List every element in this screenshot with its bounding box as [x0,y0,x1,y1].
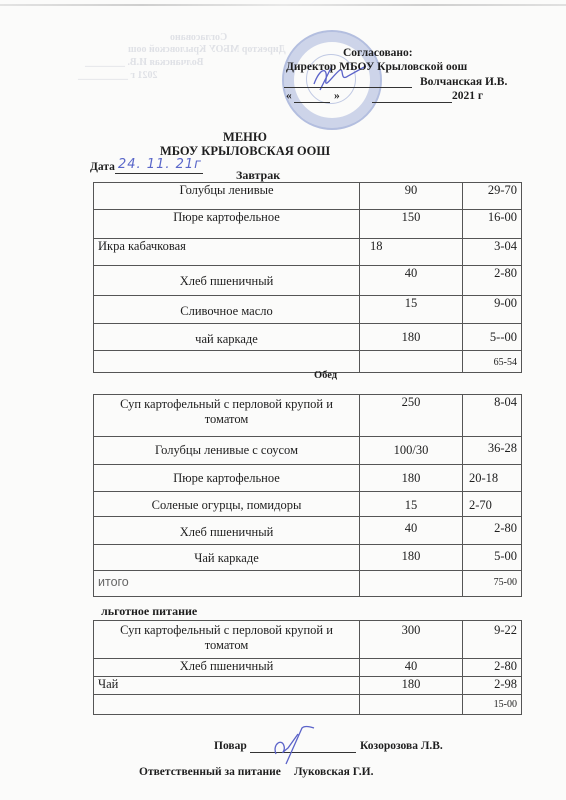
subsidized-label: льготное питание [101,604,197,619]
dish-qty: 15 [360,492,463,517]
date-label: Дата [90,161,115,173]
menu-title: МЕНЮ [190,130,300,145]
table-row: Пюре картофельное 150 16-00 [94,210,522,239]
dish-name: Пюре картофельное [94,465,360,492]
signature-line [284,87,412,88]
dish-qty: 250 [360,395,463,437]
dish-name: Соленые огурцы, помидоры [94,492,360,517]
dish-qty [360,695,463,715]
table-row: чай каркаде 180 5--00 [94,324,522,351]
dish-price: 9-22 [463,621,522,659]
table-row: Чай 180 2-98 [94,677,522,695]
table-row: Сливочное масло 15 9-00 [94,296,522,324]
dish-qty: 300 [360,621,463,659]
dish-name: чай каркаде [94,324,360,351]
bleed-through-text: Согласовано [170,32,227,43]
breakfast-label: Завтрак [236,168,280,183]
dish-price: 2-80 [463,517,522,545]
cook-signature [268,724,318,768]
date-line [115,173,203,174]
date-close-quote: » [334,90,340,102]
dish-name: Икра кабачковая [94,239,360,266]
dish-name: Суп картофельный с перловой крупой и том… [94,621,360,659]
dish-name: Голубцы ленивые [94,183,360,210]
table-row: Пюре картофельное 180 20-18 [94,465,522,492]
bleed-through-text: Волчанская И.В. ________ [85,57,203,68]
dish-qty: 100/30 [360,437,463,465]
table-row: Икра кабачковая 18 3-04 [94,239,522,266]
dish-price: 2-70 [463,492,522,517]
table-row-total: 65-54 [94,351,522,373]
dish-qty: 180 [360,324,463,351]
dish-price: 2-98 [463,677,522,695]
dish-price: 16-00 [463,210,522,239]
approval-heading: Согласовано: [343,47,413,59]
table-row: Чай каркаде 180 5-00 [94,545,522,571]
total-price: 65-54 [463,351,522,373]
dish-price: 20-18 [463,465,522,492]
dish-qty: 180 [360,545,463,571]
table-row: Хлеб пшеничный 40 2-80 [94,517,522,545]
dish-name: Чай [94,677,360,695]
dish-qty: 15 [360,296,463,324]
total-label: итого [94,571,360,597]
dish-qty [360,571,463,597]
responsible-label: Ответственный за питание [139,766,281,778]
date-open-quote: « [286,90,292,102]
dish-name: Хлеб пшеничный [94,266,360,296]
dish-price: 2-80 [463,659,522,677]
dish-name [94,695,360,715]
dish-qty: 180 [360,465,463,492]
lunch-table: Суп картофельный с перловой крупой и том… [93,394,522,597]
approval-position: Директор МБОУ Крыловской оош [286,61,467,73]
total-price: 15-00 [463,695,522,715]
dish-qty: 90 [360,183,463,210]
dish-name: Сливочное масло [94,296,360,324]
dish-name: Пюре картофельное [94,210,360,239]
dish-qty: 18 [360,239,463,266]
dish-qty: 40 [360,659,463,677]
dish-name: Хлеб пшеничный [94,659,360,677]
subsidized-table: Суп картофельный с перловой крупой и том… [93,620,522,715]
dish-name: Чай каркаде [94,545,360,571]
table-row-total: итого 75-00 [94,571,522,597]
dish-qty: 150 [360,210,463,239]
dish-price: 5--00 [463,324,522,351]
dish-qty [360,351,463,373]
month-line [372,102,452,103]
day-line [294,102,330,103]
page-edge [0,4,566,6]
dish-name: Голубцы ленивые с соусом [94,437,360,465]
lunch-label: Обед [314,370,337,381]
dish-qty: 40 [360,266,463,296]
responsible-name: Луковская Г.И. [294,766,373,778]
dish-price: 5-00 [463,545,522,571]
dish-qty: 180 [360,677,463,695]
cook-label: Повар [214,740,247,752]
table-row: Голубцы ленивые с соусом 100/30 36-28 [94,437,522,465]
approval-signatory: Волчанская И.В. [420,76,507,88]
total-price: 75-00 [463,571,522,597]
dish-price: 36-28 [463,437,522,465]
table-row: Голубцы ленивые 90 29-70 [94,183,522,210]
cook-name: Козорозова Л.В. [360,740,443,752]
dish-qty: 40 [360,517,463,545]
breakfast-table: Голубцы ленивые 90 29-70 Пюре картофельн… [93,182,522,373]
bleed-through-text: 2021 г __________ [78,70,158,81]
approval-year: 2021 г [452,90,483,102]
dish-price: 9-00 [463,296,522,324]
dish-price: 8-04 [463,395,522,437]
table-row-total: 15-00 [94,695,522,715]
dish-price: 3-04 [463,239,522,266]
dish-price: 2-80 [463,266,522,296]
dish-price: 29-70 [463,183,522,210]
table-row: Хлеб пшеничный 40 2-80 [94,659,522,677]
dish-name: Хлеб пшеничный [94,517,360,545]
table-row: Суп картофельный с перловой крупой и том… [94,395,522,437]
dish-name: Суп картофельный с перловой крупой и том… [94,395,360,437]
table-row: Соленые огурцы, помидоры 15 2-70 [94,492,522,517]
table-row: Суп картофельный с перловой крупой и том… [94,621,522,659]
bleed-through-text: Директор МБОУ Крыловской оош [128,44,286,55]
date-value: 24. 11. 21г [118,157,202,172]
table-row: Хлеб пшеничный 40 2-80 [94,266,522,296]
